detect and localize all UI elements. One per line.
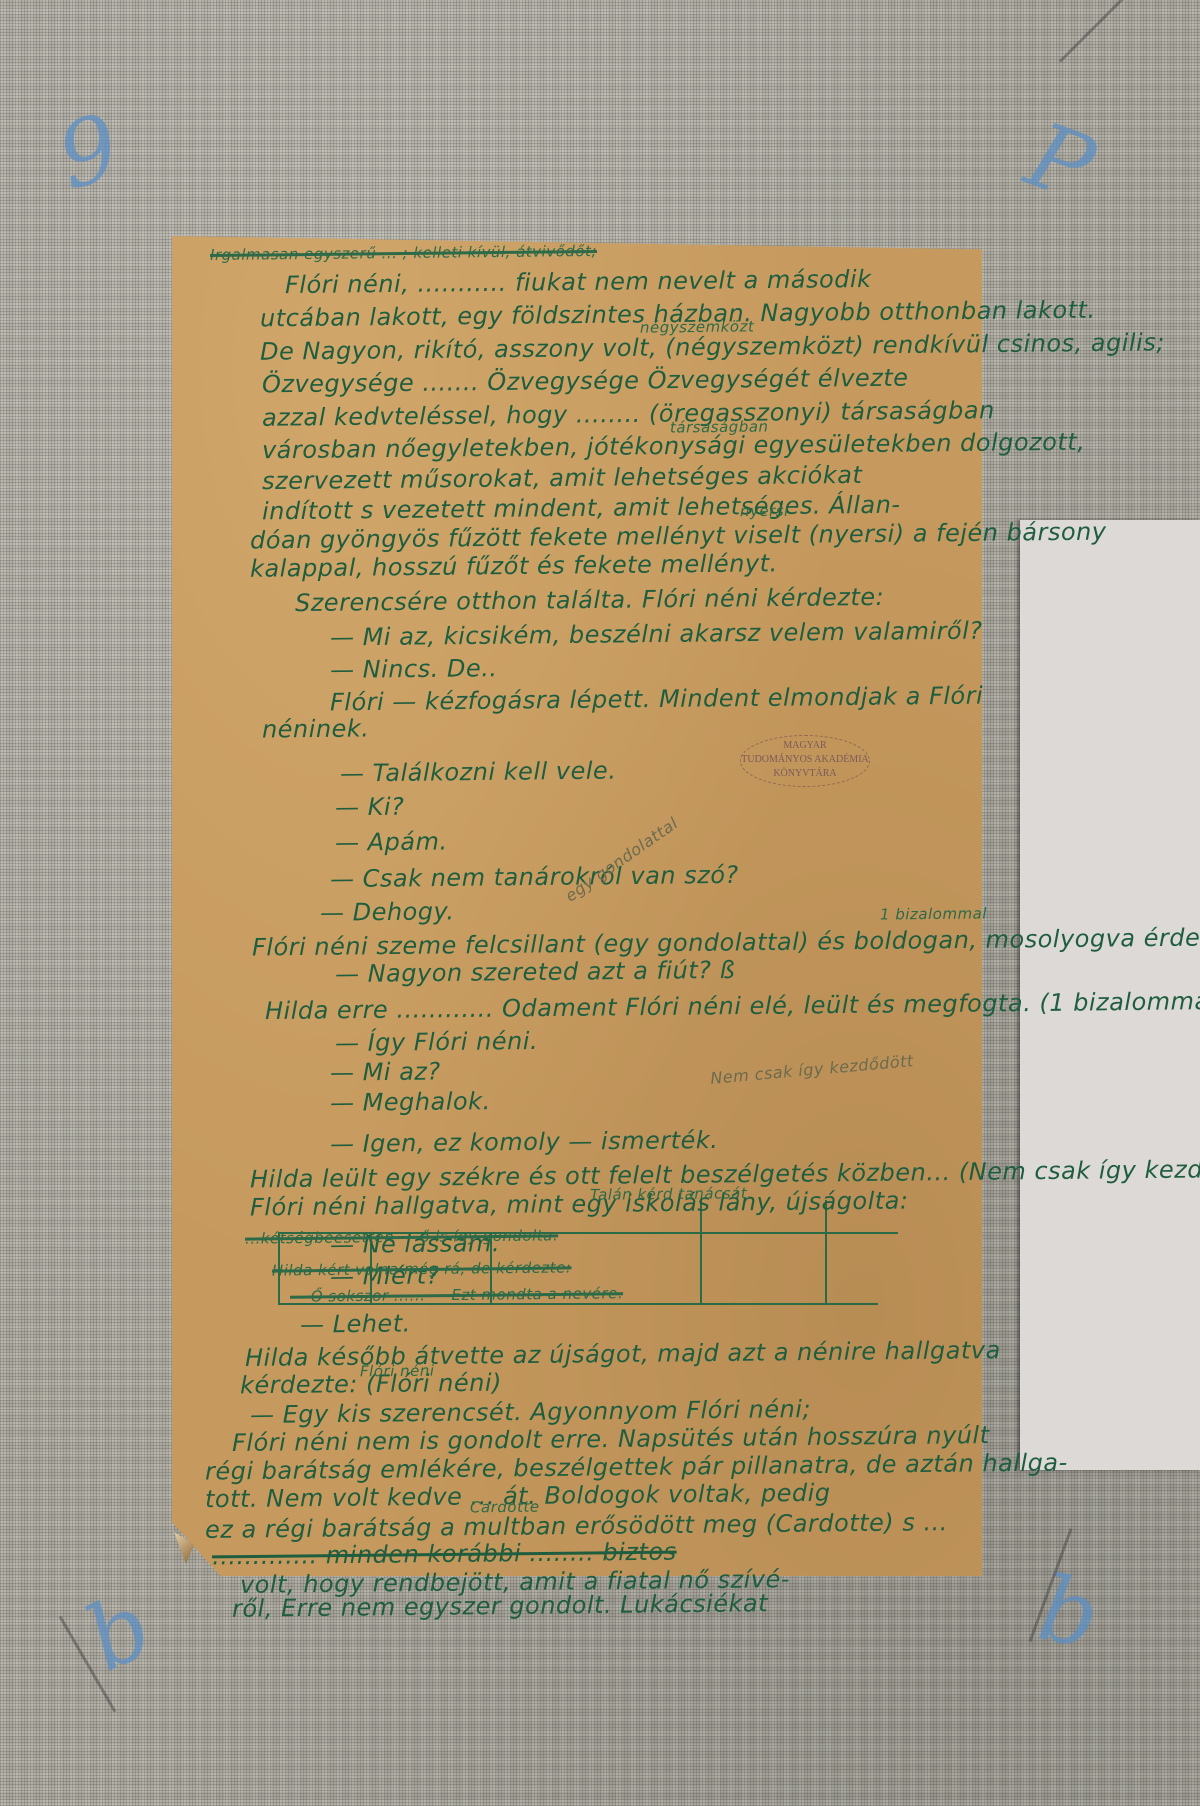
manuscript-line: ............. minden korábbi ........ bi… [212, 1538, 677, 1571]
annotation: nyersi [740, 502, 789, 521]
manuscript-line: Hilda kért volna még rá, de kérdezte: [272, 1258, 572, 1279]
stamp-line-3: KÖNYVTÁRA [741, 767, 869, 781]
manuscript-line: — Nagyon szereted azt a fiút? ß [335, 956, 735, 988]
annotation: négyszemközt [640, 317, 754, 336]
manuscript-line: — Mi az? [330, 1057, 441, 1086]
manuscript-line: — Ki? [335, 793, 405, 822]
table-divider [825, 1200, 827, 1304]
stamp-line-2: TUDOMÁNYOS AKADÉMIA [741, 753, 869, 767]
manuscript-line: kalappal, hosszú fűzőt és fekete mellény… [250, 549, 778, 583]
manuscript-line: néninek. [262, 714, 370, 743]
manuscript-line: — Nincs. De.. [330, 654, 498, 684]
annotation: társaságban [670, 417, 769, 436]
manuscript-line: — Meghalok. [330, 1087, 491, 1117]
annotation: 1 bizalommal [880, 904, 987, 923]
manuscript-line: — Lehet. [300, 1309, 411, 1338]
manuscript-line: — Igen, ez komoly — ismerték. [330, 1126, 719, 1158]
manuscript-line: — Találkozni kell vele. [340, 757, 617, 788]
manuscript-line: — Apám. [335, 827, 448, 856]
manuscript-line: — Dehogy. [320, 897, 455, 926]
manuscript-line: — Csak nem tanárokról van szó? [330, 861, 739, 893]
blue-crayon-mark-top-right: P [1014, 103, 1107, 222]
blue-crayon-mark-bottom-left: b [71, 1573, 168, 1693]
blue-crayon-mark-top-left: 9 [47, 94, 129, 210]
manuscript-line: ...kétségbeesetten — ő is így gondolta. [245, 1226, 558, 1247]
annotation: Talán kérd tanácsát. [590, 1184, 753, 1204]
manuscript-line: — Ő sokszor ...... — Ezt mondta a nevére… [290, 1284, 623, 1305]
blue-crayon-mark-bottom-right: b [1031, 1556, 1106, 1669]
pencil-stroke [1059, 0, 1125, 63]
annotation: Flóri néni [360, 1362, 435, 1381]
stamp-line-1: MAGYAR [741, 739, 869, 753]
manuscript-line: ről, Erre nem egyszer gondolt. Lukácsiék… [232, 1589, 768, 1623]
library-stamp: MAGYAR TUDOMÁNYOS AKADÉMIA KÖNYVTÁRA [740, 735, 870, 787]
annotation: Cardotte [470, 1498, 540, 1517]
manuscript-line: — Így Flóri néni. [335, 1027, 538, 1057]
